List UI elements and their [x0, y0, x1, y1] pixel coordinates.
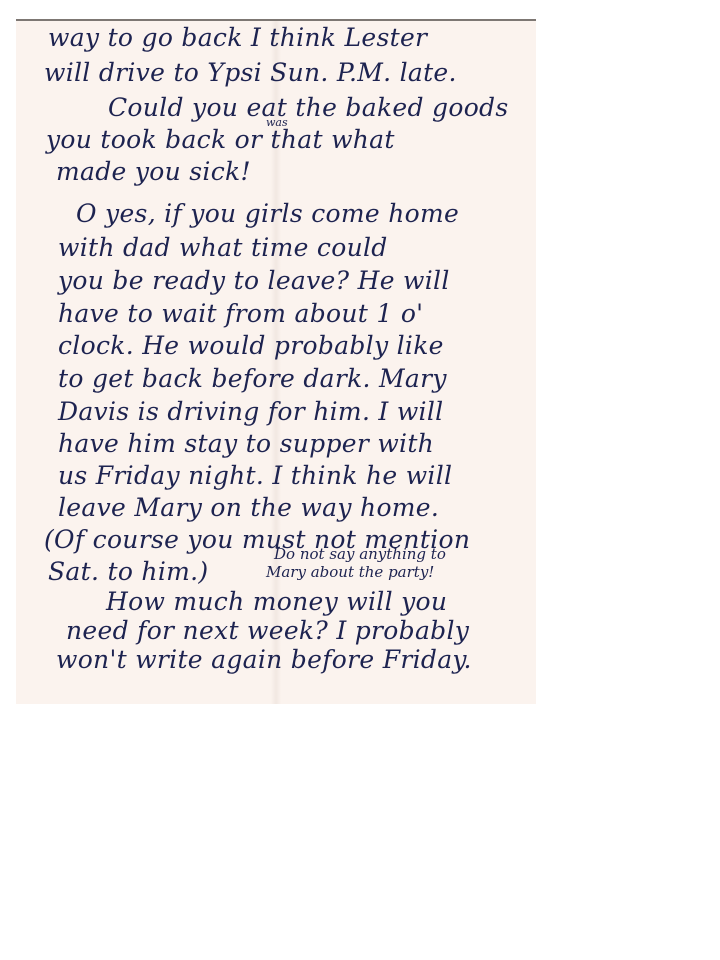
letter-line: to get back before dark. Mary — [58, 364, 447, 393]
letter-line: O yes, if you girls come home — [76, 199, 459, 228]
aside-note-line: Mary about the party! — [266, 563, 434, 581]
letter-line: made you sick! — [56, 157, 251, 186]
letter-line: with dad what time could — [58, 233, 388, 262]
letter-page: way to go back I think Lester will drive… — [16, 19, 536, 704]
letter-line: Sat. to him.) — [48, 557, 208, 586]
letter-line: us Friday night. I think he will — [58, 461, 452, 490]
letter-line: have him stay to supper with — [58, 429, 434, 458]
aside-note-line: Do not say anything to — [274, 545, 446, 563]
letter-line: you be ready to leave? He will — [58, 266, 450, 295]
letter-line: have to wait from about 1 o' — [58, 299, 423, 328]
letter-line: How much money will you — [106, 587, 447, 616]
letter-line: way to go back I think Lester — [48, 23, 427, 52]
letter-line: Could you eat the baked goods — [108, 93, 508, 122]
letter-line: will drive to Ypsi Sun. P.M. late. — [44, 58, 457, 87]
letter-line: clock. He would probably like — [58, 331, 444, 360]
letter-line: you took back or that what — [46, 125, 395, 154]
letter-line: need for next week? I probably — [66, 616, 469, 645]
letter-line: won't write again before Friday. — [56, 645, 472, 674]
letter-line: Davis is driving for him. I will — [58, 397, 443, 426]
letter-line: leave Mary on the way home. — [58, 493, 439, 522]
